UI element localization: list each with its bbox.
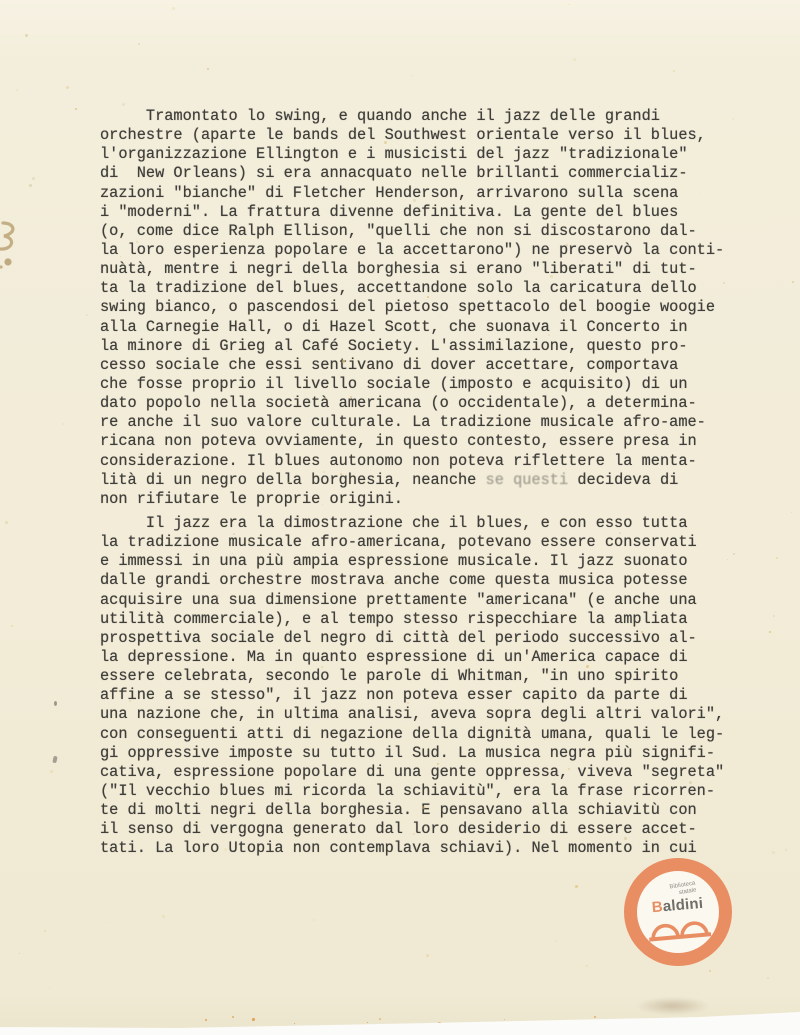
paper-speck xyxy=(445,557,447,559)
paper-speck xyxy=(162,915,165,918)
paper-speck xyxy=(769,631,771,633)
paper-speck xyxy=(5,521,8,524)
paper-speck xyxy=(689,781,692,784)
text-line: non rifiutare le proprie origini. xyxy=(100,490,740,509)
paper-speck xyxy=(340,473,342,475)
text-line: una nazione che, in ultima analisi, avev… xyxy=(100,705,740,724)
paper-speck xyxy=(122,103,125,106)
paper-speck xyxy=(321,666,323,668)
paper-speck xyxy=(120,256,121,257)
text-line: i "moderni". La frattura divenne definit… xyxy=(100,203,740,222)
edge-speck xyxy=(294,1023,295,1024)
paper-speck xyxy=(50,770,53,773)
stamp-content: Biblioteca statale Baldini xyxy=(634,868,723,957)
text-line: il senso di vergogna generato dal loro d… xyxy=(100,820,740,839)
text-line: cativa, espressione popolare di una gent… xyxy=(100,763,740,782)
paper-speck xyxy=(776,557,778,559)
paper-speck xyxy=(216,595,219,598)
stamp-name-rest: aldini xyxy=(662,895,704,915)
text-line: re anche il suo valore culturale. La tra… xyxy=(100,413,740,432)
paper-speck xyxy=(709,970,711,972)
text-line: dalle grandi orchestre mostrava anche co… xyxy=(100,571,740,590)
text-line: la loro esperienza popolare e la accetta… xyxy=(100,241,740,260)
edge-speck xyxy=(205,1019,207,1021)
ink-speck xyxy=(52,756,57,764)
paper-speck xyxy=(385,581,388,584)
text-line: cesso sociale che essi sentivano di dove… xyxy=(100,356,740,375)
text-line: l'organizzazione Ellington e i musicisti… xyxy=(100,145,740,164)
paper-speck xyxy=(791,512,792,513)
paper-speck xyxy=(767,977,769,979)
paper-speck xyxy=(86,314,88,316)
text-line: te di molti negri della borghesia. E pen… xyxy=(100,801,740,820)
paper-speck xyxy=(339,787,341,789)
text-line: dato popolo nella società americana (o o… xyxy=(100,394,740,413)
paper-speck xyxy=(575,885,578,888)
paper-speck xyxy=(727,559,728,560)
paper-speck xyxy=(535,827,537,829)
edge-speck xyxy=(367,1022,368,1023)
paper-speck xyxy=(224,848,227,851)
text-line: prospettiva sociale del negro di città d… xyxy=(100,629,740,648)
ink-speck xyxy=(54,701,57,706)
paper-speck xyxy=(773,615,775,617)
paper-speck xyxy=(655,434,657,436)
text-line: lità di un negro della borghesia, neanch… xyxy=(100,471,740,490)
paper-speck xyxy=(323,471,325,473)
library-stamp: Biblioteca statale Baldini xyxy=(624,858,732,966)
text-line: con conseguenti atti di negazione della … xyxy=(100,725,740,744)
ink-stain-mark xyxy=(0,219,25,275)
paper-speck xyxy=(586,965,588,967)
edge-speck xyxy=(594,1016,596,1018)
paper-speck xyxy=(772,851,775,854)
paper-speck xyxy=(550,275,553,278)
paper-speck xyxy=(505,120,506,121)
paper-smudge xyxy=(636,997,710,1015)
paper-speck xyxy=(412,75,413,76)
paper-speck xyxy=(16,89,18,91)
paper-speck xyxy=(384,141,387,144)
paper-speck xyxy=(555,940,557,942)
paper-speck xyxy=(342,360,345,363)
text-line: Il jazz era la dimostrazione che il blue… xyxy=(100,514,740,533)
text-line: nuàtà, mentre i negri della borghesia si… xyxy=(100,260,740,279)
text-line: zazioni "bianche" di Fletcher Henderson,… xyxy=(100,184,740,203)
scanned-page: Tramontato lo swing, e quando anche il j… xyxy=(0,0,800,1035)
paper-speck xyxy=(508,709,511,712)
paper-speck xyxy=(568,768,570,770)
paper-speck xyxy=(573,58,576,61)
paper-speck xyxy=(586,665,589,668)
paper-speck xyxy=(779,285,780,286)
paper-speck xyxy=(413,199,416,202)
paper-speck xyxy=(172,7,175,10)
edge-speck xyxy=(504,1019,505,1020)
text-line: tati. La loro Utopia non contemplava sch… xyxy=(100,839,740,858)
text-line: gi oppressive imposte su tutto il Sud. L… xyxy=(100,744,740,763)
paragraph: Tramontato lo swing, e quando anche il j… xyxy=(100,107,740,509)
paper-speck xyxy=(44,930,46,932)
paper-speck xyxy=(11,625,13,627)
text-line: acquisire una sua dimensione prettamente… xyxy=(100,591,740,610)
text-line: e immessi in una più ampia espressione m… xyxy=(100,552,740,571)
paper-speck xyxy=(66,86,69,89)
paper-speck xyxy=(3,175,4,176)
paper-speck xyxy=(287,799,289,801)
edge-speck xyxy=(379,1018,381,1020)
paper-speck xyxy=(233,533,235,535)
paper-speck xyxy=(581,260,583,262)
paper-speck xyxy=(49,987,50,988)
paper-speck xyxy=(207,68,209,70)
paper-speck xyxy=(785,849,787,851)
open-book-icon xyxy=(647,912,711,943)
paper-speck xyxy=(32,177,35,180)
text-body: Tramontato lo swing, e quando anche il j… xyxy=(100,107,740,858)
text-line: utilità commerciale), e al tempo stesso … xyxy=(100,610,740,629)
paper-speck xyxy=(426,954,429,957)
text-line: ricana non poteva ovviamente, in questo … xyxy=(100,432,740,451)
paper-speck xyxy=(723,282,725,284)
paper-speck xyxy=(792,281,794,283)
paper-speck xyxy=(201,835,202,836)
paper-speck xyxy=(313,919,315,921)
text-line: ta la tradizione del blues, accettandone… xyxy=(100,279,740,298)
text-line: orchestre (aparte le bands del Southwest… xyxy=(100,126,740,145)
paper-speck xyxy=(569,4,570,5)
edge-speck xyxy=(252,1018,255,1021)
paper-speck xyxy=(538,804,541,807)
edge-speck xyxy=(232,1016,234,1018)
text-line: considerazione. Il blues autonomo non po… xyxy=(100,452,740,471)
paper-speck xyxy=(384,442,385,443)
text-line: essere celebrata, secondo le parole di W… xyxy=(100,667,740,686)
paper-speck xyxy=(350,396,352,398)
edge-speck xyxy=(571,1023,573,1025)
text-line: ("Il vecchio blues mi ricorda la schiavi… xyxy=(100,782,740,801)
text-line: la minore di Grieg al Café Society. L'as… xyxy=(100,337,740,356)
text-line: di New Orleans) si era annacquato nelle … xyxy=(100,164,740,183)
paper-speck xyxy=(138,43,140,45)
text-line: swing bianco, o pascendosi del pietoso s… xyxy=(100,298,740,317)
text-line: Tramontato lo swing, e quando anche il j… xyxy=(100,107,740,126)
paper-speck xyxy=(427,296,429,298)
paper: Tramontato lo swing, e quando anche il j… xyxy=(0,0,800,1032)
text-line: la tradizione musicale afro-americana, p… xyxy=(100,533,740,552)
paper-speck xyxy=(106,922,107,923)
paper-speck xyxy=(62,423,64,425)
text-line: (o, come dice Ralph Ellison, "quelli che… xyxy=(100,222,740,241)
edge-speck xyxy=(438,1022,441,1025)
text-line: affine a se stesso", il jazz non poteva … xyxy=(100,686,740,705)
paper-speck xyxy=(544,739,545,740)
text-line: alla Carnegie Hall, o di Hazel Scott, ch… xyxy=(100,318,740,337)
paper-speck xyxy=(29,184,32,187)
paper-speck xyxy=(566,244,568,246)
paper-speck xyxy=(19,953,20,954)
paper-speck xyxy=(25,34,28,37)
text-line: che fosse proprio il livello sociale (im… xyxy=(100,375,740,394)
text-line: la depressione. Ma in quanto espressione… xyxy=(100,648,740,667)
paper-speck xyxy=(624,837,627,840)
paragraph: Il jazz era la dimostrazione che il blue… xyxy=(100,514,740,859)
paper-speck xyxy=(673,70,675,72)
paper-speck xyxy=(422,806,425,809)
paper-speck xyxy=(75,108,77,110)
paper-speck xyxy=(698,993,699,994)
